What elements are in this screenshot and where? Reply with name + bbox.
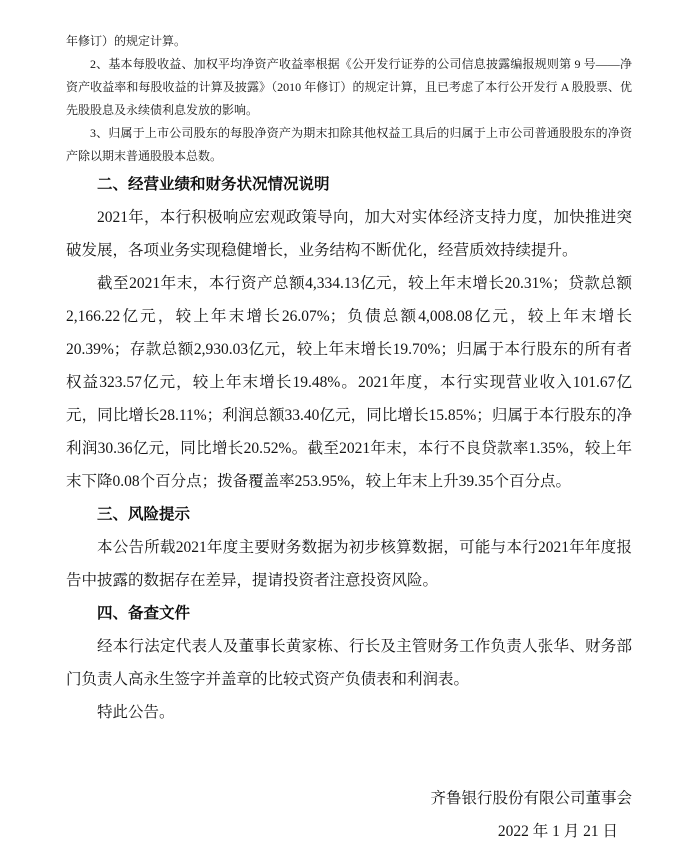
- reference-paragraph: 经本行法定代表人及董事长黄家栋、行长及主管财务工作负责人张华、财务部门负责人高永…: [66, 630, 632, 696]
- section-heading-reference: 四、备查文件: [66, 597, 632, 630]
- signature-date: 2022 年 1 月 21 日: [66, 815, 632, 848]
- footnotes-section: 年修订）的规定计算。 2、基本每股收益、加权平均净资产收益率根据《公开发行证券的…: [66, 30, 632, 168]
- performance-paragraph-figures: 截至2021年末，本行资产总额4,334.13亿元，较上年末增长20.31%；贷…: [66, 267, 632, 498]
- closing-line: 特此公告。: [66, 696, 632, 729]
- document-page: 年修订）的规定计算。 2、基本每股收益、加权平均净资产收益率根据《公开发行证券的…: [0, 0, 697, 858]
- signature-company: 齐鲁银行股份有限公司董事会: [66, 782, 632, 815]
- section-risk-body: 本公告所载2021年度主要财务数据为初步核算数据，可能与本行2021年年度报告中…: [66, 531, 632, 597]
- section-heading-performance: 二、经营业绩和财务状况情况说明: [66, 168, 632, 201]
- risk-paragraph: 本公告所载2021年度主要财务数据为初步核算数据，可能与本行2021年年度报告中…: [66, 531, 632, 597]
- note-continuation-line: 年修订）的规定计算。: [66, 30, 632, 53]
- section-heading-risk: 三、风险提示: [66, 498, 632, 531]
- note-3: 3、归属于上市公司股东的每股净资产为期末扣除其他权益工具后的归属于上市公司普通股…: [66, 122, 632, 168]
- note-2: 2、基本每股收益、加权平均净资产收益率根据《公开发行证券的公司信息披露编报规则第…: [66, 53, 632, 122]
- performance-paragraph-overview: 2021年，本行积极响应宏观政策导向，加大对实体经济支持力度，加快推进突破发展，…: [66, 201, 632, 267]
- section-performance-body: 2021年，本行积极响应宏观政策导向，加大对实体经济支持力度，加快推进突破发展，…: [66, 201, 632, 498]
- section-reference-body: 经本行法定代表人及董事长黄家栋、行长及主管财务工作负责人张华、财务部门负责人高永…: [66, 630, 632, 729]
- signature-block: 齐鲁银行股份有限公司董事会 2022 年 1 月 21 日: [66, 782, 632, 848]
